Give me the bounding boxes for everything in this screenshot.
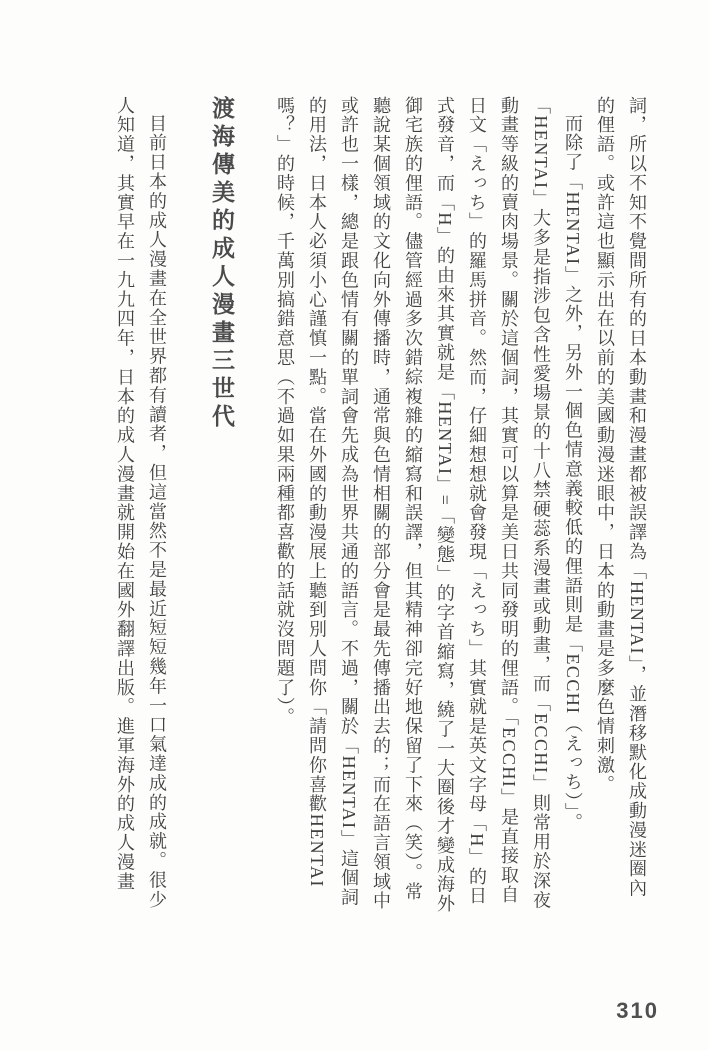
paragraph-hentai-ecchi: 而除了「HENTAI」之外，另外一個色情意義較低的俚語則是「ECCHI（えっち）…	[269, 96, 589, 914]
section-heading: 渡海傳美的成人漫畫三世代	[203, 96, 241, 914]
paragraph-continuation: 詞，所以不知不覺間所有的日本動畫和漫畫都被誤譯為「HENTAI」，並潛移默化成動…	[589, 96, 653, 914]
page-number: 310	[616, 998, 659, 1024]
book-page: 詞，所以不知不覺間所有的日本動畫和漫畫都被誤譯為「HENTAI」，並潛移默化成動…	[0, 0, 709, 1050]
article-body: 詞，所以不知不覺間所有的日本動畫和漫畫都被誤譯為「HENTAI」，並潛移默化成動…	[109, 96, 653, 914]
paragraph-overseas-adult-manga: 目前日本的成人漫畫在全世界都有讀者，但這當然不是最近短短幾年一口氣達成的成就。很…	[109, 96, 173, 914]
